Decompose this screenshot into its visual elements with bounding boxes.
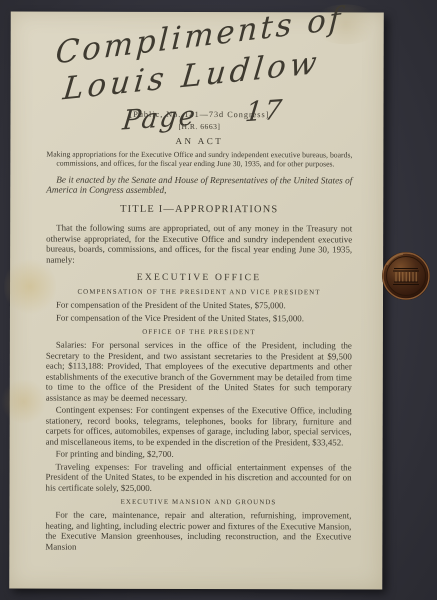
public-number-line: [Public, No. 141—73d Congress] bbox=[46, 110, 352, 121]
bill-number-line: [H.R. 6663] bbox=[46, 122, 352, 132]
compensation-vice-president-paragraph: For compensation of the Vice President o… bbox=[46, 312, 352, 323]
appropriations-intro-paragraph: That the following sums are appropriated… bbox=[46, 223, 352, 266]
title-one-heading: TITLE I—APPROPRIATIONS bbox=[46, 204, 352, 217]
handwriting-line-compliments: Compliments of bbox=[55, 0, 344, 71]
penny-coin bbox=[381, 251, 431, 301]
enacting-clause: Be it enacted by the Senate and House of… bbox=[46, 174, 352, 196]
act-heading: AN ACT bbox=[46, 136, 352, 148]
compensation-heading: COMPENSATION OF THE PRESIDENT AND VICE P… bbox=[46, 289, 352, 298]
scan-background: Compliments of Louis Ludlow Page 17 [Pub… bbox=[0, 0, 437, 600]
executive-mansion-heading: EXECUTIVE MANSION AND GROUNDS bbox=[45, 499, 351, 508]
compensation-president-paragraph: For compensation of the President of the… bbox=[46, 300, 352, 311]
act-summary: Making appropriations for the Executive … bbox=[46, 151, 352, 170]
office-of-president-heading: OFFICE OF THE PRESIDENT bbox=[46, 329, 352, 338]
executive-office-heading: EXECUTIVE OFFICE bbox=[46, 272, 352, 284]
document-page: Compliments of Louis Ludlow Page 17 [Pub… bbox=[9, 12, 384, 590]
executive-mansion-paragraph: For the care, maintenance, repair and al… bbox=[45, 510, 351, 553]
salaries-paragraph: Salaries: For personal services in the o… bbox=[46, 340, 352, 404]
traveling-expenses-paragraph: Traveling expenses: For traveling and of… bbox=[45, 461, 351, 493]
contingent-expenses-paragraph: Contingent expenses: For contingent expe… bbox=[46, 405, 352, 448]
handwriting-line-signature: Louis Ludlow bbox=[61, 45, 322, 108]
paper-stain bbox=[311, 4, 381, 44]
paper-stain bbox=[0, 379, 48, 423]
printing-binding-paragraph: For printing and binding, $2,700. bbox=[46, 449, 352, 460]
